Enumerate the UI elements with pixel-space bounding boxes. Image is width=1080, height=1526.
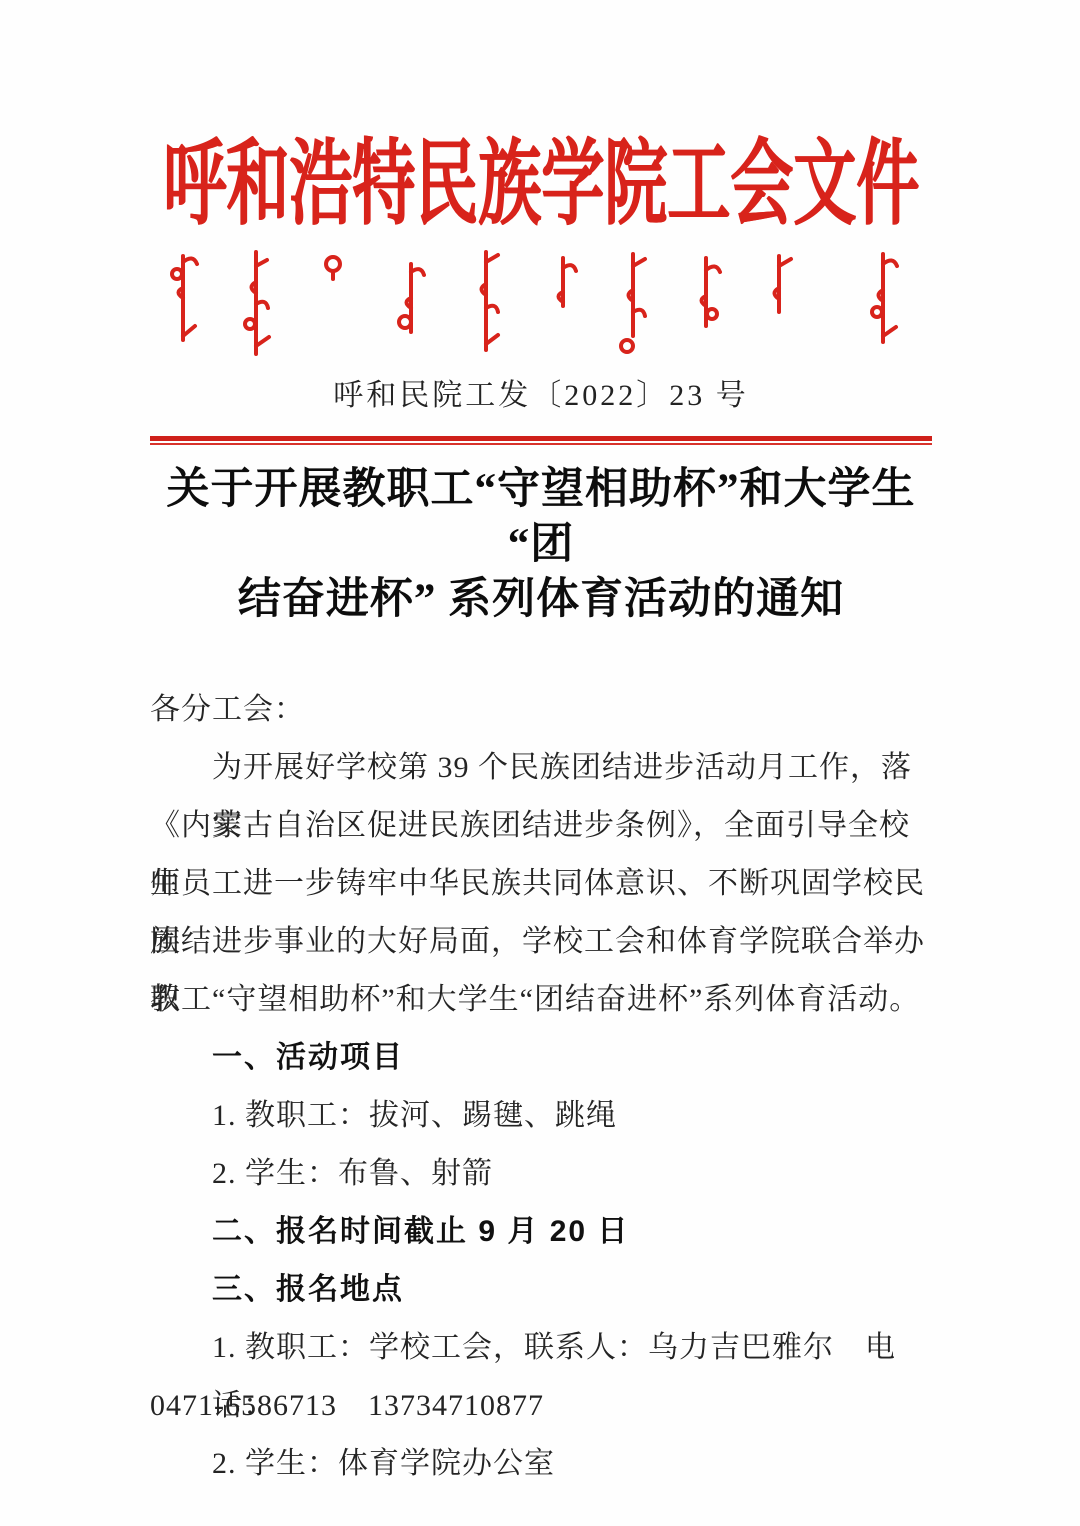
section-heading-activities: 一、活动项目 xyxy=(150,1029,932,1087)
document-number: 呼和民院工发〔2022〕23 号 xyxy=(150,376,932,416)
list-item-staff-events: 1. 教职工：拔河、踢毽、跳绳 xyxy=(150,1087,932,1145)
mongolian-script xyxy=(150,248,932,358)
document-title-line1: 关于开展教职工“守望相助杯”和大学生“团 xyxy=(150,462,932,572)
mongolian-script-glyphs xyxy=(161,248,921,358)
paragraph-line: 生员工进一步铸牢中华民族共同体意识、不断巩固学校民族 xyxy=(150,855,932,913)
document-title: 关于开展教职工“守望相助杯”和大学生“团 结奋进杯” 系列体育活动的通知 xyxy=(150,462,932,627)
paragraph-line: 职工“守望相助杯”和大学生“团结奋进杯”系列体育活动。 xyxy=(150,971,932,1029)
paragraph-line: 《内蒙古自治区促进民族团结进步条例》，全面引导全校师 xyxy=(150,797,932,855)
letterhead: 呼和浩特民族学院工会文件 xyxy=(150,136,932,236)
section-heading-deadline: 二、报名时间截止 9 月 20 日 xyxy=(150,1203,932,1261)
organization-title: 呼和浩特民族学院工会文件 xyxy=(163,134,919,238)
document-body: 各分工会： 为开展好学校第 39 个民族团结进步活动月工作，落实 《内蒙古自治区… xyxy=(150,681,932,1493)
document-page: 呼和浩特民族学院工会文件 xyxy=(0,0,1080,1526)
document-title-line2: 结奋进杯” 系列体育活动的通知 xyxy=(150,572,932,627)
list-item-student-location: 2. 学生：体育学院办公室 xyxy=(150,1435,932,1493)
salutation: 各分工会： xyxy=(150,681,932,739)
document-content: 呼和浩特民族学院工会文件 xyxy=(150,0,932,1493)
red-divider-rule xyxy=(150,436,932,446)
contact-phone-numbers: 0471-6586713 13734710877 xyxy=(150,1377,932,1435)
list-item-staff-contact: 1. 教职工：学校工会，联系人：乌力吉巴雅尔 电话： xyxy=(150,1319,932,1377)
paragraph-line: 团结进步事业的大好局面，学校工会和体育学院联合举办教 xyxy=(150,913,932,971)
section-heading-location: 三、报名地点 xyxy=(150,1261,932,1319)
list-item-student-events: 2. 学生：布鲁、射箭 xyxy=(150,1145,932,1203)
paragraph-line: 为开展好学校第 39 个民族团结进步活动月工作，落实 xyxy=(150,739,932,797)
